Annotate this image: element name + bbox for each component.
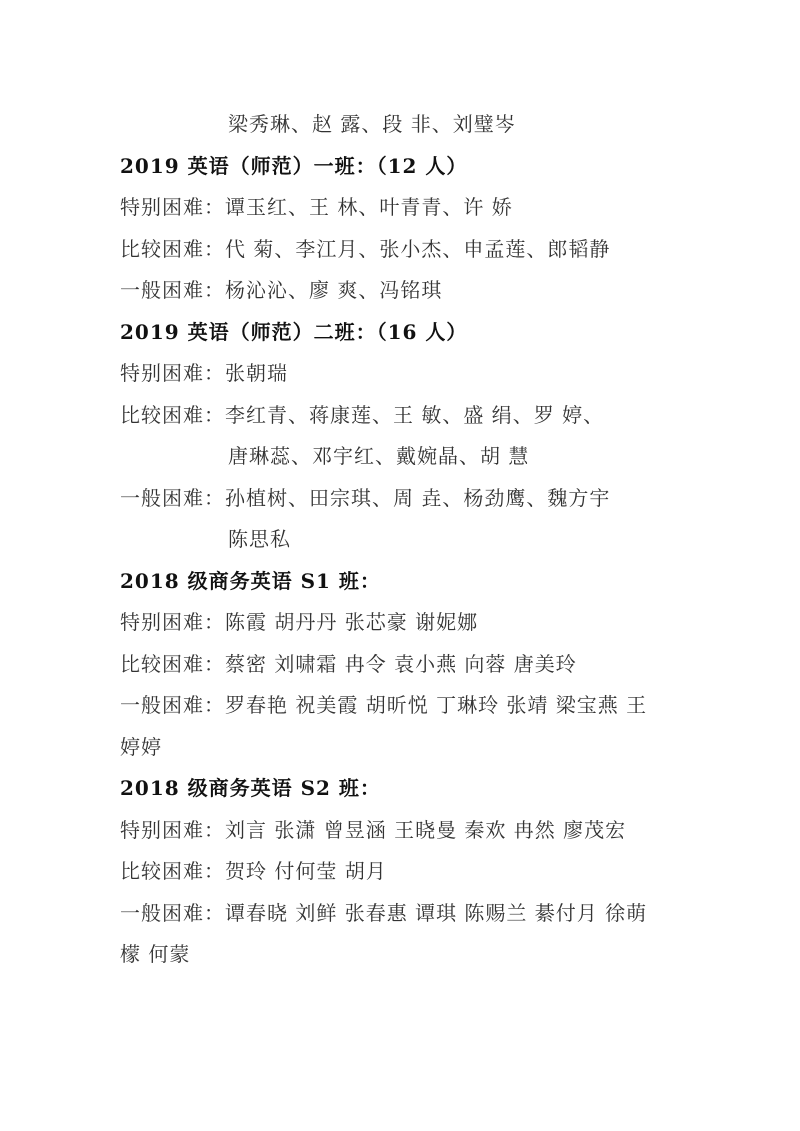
section-heading: 2018 级商务英语 S1 班： (120, 561, 690, 603)
row-label: 特别困难： (120, 361, 225, 385)
row-general-difficulty: 一般困难：谭春晓 刘鲜 张春惠 谭琪 陈赐兰 綦付月 徐萌 (120, 893, 690, 935)
row-names: 代 菊、李江月、张小杰、申孟莲、郎韬静 (225, 237, 610, 261)
row-names-wrapped: 婷婷 (120, 727, 690, 769)
row-label: 比较困难： (120, 859, 225, 883)
row-moderate-difficulty: 比较困难：贺玲 付何莹 胡月 (120, 851, 690, 893)
row-label: 一般困难： (120, 901, 225, 925)
row-moderate-difficulty: 比较困难：李红青、蒋康莲、王 敏、盛 绢、罗 婷、 (120, 395, 690, 437)
row-names: 杨沁沁、廖 爽、冯铭琪 (225, 278, 442, 302)
row-label: 比较困难： (120, 652, 225, 676)
row-names-continued: 唐琳蕊、邓宇红、戴婉晶、胡 慧 (120, 436, 690, 478)
row-names: 张朝瑞 (225, 361, 288, 385)
document-page: 梁秀琳、赵 露、段 非、刘璧岑 2019 英语（师范）一班：（12 人） 特别困… (120, 104, 690, 976)
row-special-difficulty: 特别困难：陈霞 胡丹丹 张芯豪 谢妮娜 (120, 602, 690, 644)
section-heading: 2018 级商务英语 S2 班： (120, 768, 690, 810)
row-label: 特别困难： (120, 195, 225, 219)
row-general-difficulty: 一般困难：罗春艳 祝美霞 胡昕悦 丁琳玲 张靖 梁宝燕 王 (120, 685, 690, 727)
row-label: 一般困难： (120, 278, 225, 302)
row-names: 陈霞 胡丹丹 张芯豪 谢妮娜 (225, 610, 478, 634)
row-general-difficulty: 一般困难：杨沁沁、廖 爽、冯铭琪 (120, 270, 690, 312)
row-label: 比较困难： (120, 237, 225, 261)
row-names: 谭春晓 刘鲜 张春惠 谭琪 陈赐兰 綦付月 徐萌 (225, 901, 647, 925)
row-moderate-difficulty: 比较困难：蔡密 刘啸霜 冉令 袁小燕 向蓉 唐美玲 (120, 644, 690, 686)
section-heading: 2019 英语（师范）二班：（16 人） (120, 312, 690, 354)
row-special-difficulty: 特别困难：张朝瑞 (120, 353, 690, 395)
row-label: 一般困难： (120, 486, 225, 510)
row-label: 一般困难： (120, 693, 225, 717)
row-names: 贺玲 付何莹 胡月 (225, 859, 387, 883)
row-moderate-difficulty: 比较困难：代 菊、李江月、张小杰、申孟莲、郎韬静 (120, 229, 690, 271)
row-label: 比较困难： (120, 403, 225, 427)
row-label: 特别困难： (120, 818, 225, 842)
row-special-difficulty: 特别困难：刘言 张潇 曾昱涵 王晓曼 秦欢 冉然 廖茂宏 (120, 810, 690, 852)
row-label: 特别困难： (120, 610, 225, 634)
row-names: 谭玉红、王 林、叶青青、许 娇 (225, 195, 513, 219)
row-names-continued: 陈思私 (120, 519, 690, 561)
section-heading: 2019 英语（师范）一班：（12 人） (120, 146, 690, 188)
row-names-wrapped: 檬 何蒙 (120, 934, 690, 976)
row-names: 蔡密 刘啸霜 冉令 袁小燕 向蓉 唐美玲 (225, 652, 577, 676)
row-general-difficulty: 一般困难：孙植树、田宗琪、周 垚、杨劲鹰、魏方宇 (120, 478, 690, 520)
row-names: 罗春艳 祝美霞 胡昕悦 丁琳玲 张靖 梁宝燕 王 (225, 693, 647, 717)
row-names: 孙植树、田宗琪、周 垚、杨劲鹰、魏方宇 (225, 486, 610, 510)
row-names: 刘言 张潇 曾昱涵 王晓曼 秦欢 冉然 廖茂宏 (225, 818, 626, 842)
row-names: 李红青、蒋康莲、王 敏、盛 绢、罗 婷、 (225, 403, 604, 427)
row-special-difficulty: 特别困难：谭玉红、王 林、叶青青、许 娇 (120, 187, 690, 229)
continuation-line: 梁秀琳、赵 露、段 非、刘璧岑 (120, 104, 690, 146)
